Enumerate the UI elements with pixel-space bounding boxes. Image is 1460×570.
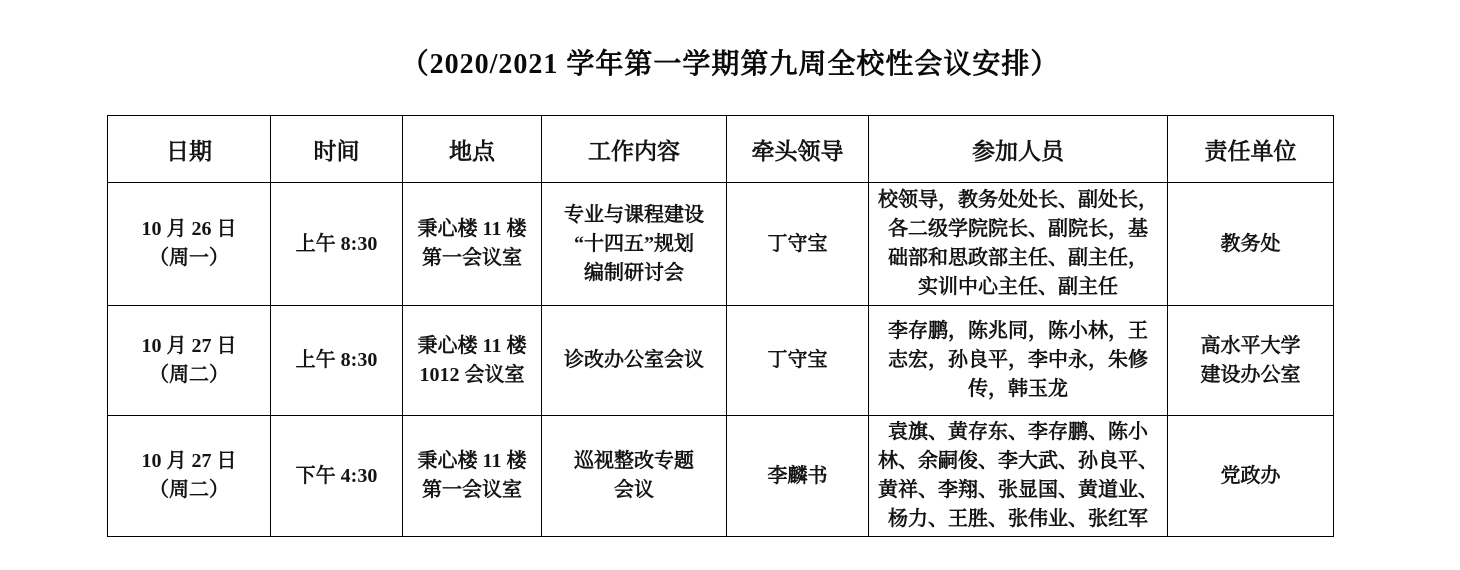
cell-leader: 丁守宝 [727,183,869,306]
table-row: 10 月 26 日 （周一） 上午 8:30 秉心楼 11 楼 第一会议室 专业… [108,183,1334,306]
cell-unit: 高水平大学 建设办公室 [1168,306,1334,416]
cell-time: 上午 8:30 [271,306,403,416]
cell-participants: 袁旗、黄存东、李存鹏、陈小 林、余嗣俊、李大武、孙良平、 黄祥、李翔、张显国、黄… [869,416,1168,537]
cell-leader: 李麟书 [727,416,869,537]
cell-unit: 教务处 [1168,183,1334,306]
table-header-row: 日期 时间 地点 工作内容 牵头领导 参加人员 责任单位 [108,116,1334,183]
cell-participants: 李存鹏，陈兆同，陈小林，王 志宏，孙良平，李中永，朱修 传，韩玉龙 [869,306,1168,416]
header-cell-time: 时间 [271,116,403,183]
table-row: 10 月 27 日 （周二） 上午 8:30 秉心楼 11 楼 1012 会议室… [108,306,1334,416]
header-cell-unit: 责任单位 [1168,116,1334,183]
cell-location: 秉心楼 11 楼 第一会议室 [403,416,542,537]
page-title: （2020/2021 学年第一学期第九周全校性会议安排） [0,42,1460,82]
header-cell-content: 工作内容 [542,116,727,183]
cell-time: 上午 8:30 [271,183,403,306]
cell-unit: 党政办 [1168,416,1334,537]
cell-location: 秉心楼 11 楼 第一会议室 [403,183,542,306]
cell-content: 巡视整改专题 会议 [542,416,727,537]
header-cell-participants: 参加人员 [869,116,1168,183]
cell-location: 秉心楼 11 楼 1012 会议室 [403,306,542,416]
meeting-schedule-table: 日期 时间 地点 工作内容 牵头领导 参加人员 责任单位 10 月 26 日 （… [107,115,1334,537]
cell-participants: 校领导，教务处处长、副处长， 各二级学院院长、副院长，基 础部和思政部主任、副主… [869,183,1168,306]
cell-content: 专业与课程建设 “十四五”规划 编制研讨会 [542,183,727,306]
header-cell-leader: 牵头领导 [727,116,869,183]
cell-content: 诊改办公室会议 [542,306,727,416]
cell-date: 10 月 27 日 （周二） [108,416,271,537]
cell-time: 下午 4:30 [271,416,403,537]
header-cell-date: 日期 [108,116,271,183]
cell-leader: 丁守宝 [727,306,869,416]
cell-date: 10 月 27 日 （周二） [108,306,271,416]
header-cell-location: 地点 [403,116,542,183]
table-row: 10 月 27 日 （周二） 下午 4:30 秉心楼 11 楼 第一会议室 巡视… [108,416,1334,537]
cell-date: 10 月 26 日 （周一） [108,183,271,306]
